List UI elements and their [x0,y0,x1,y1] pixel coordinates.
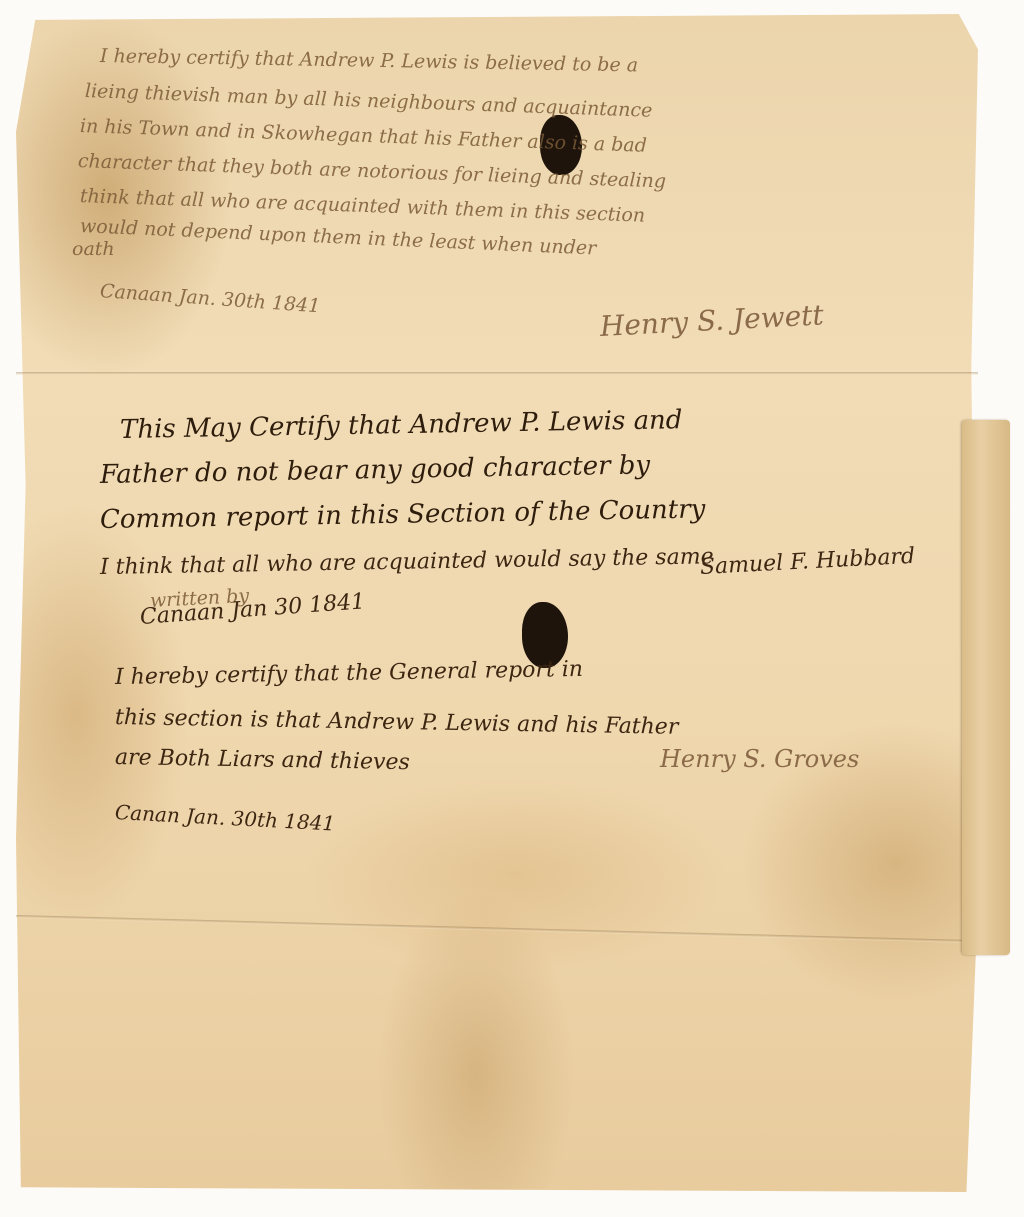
folded-edge-flap [962,420,1010,955]
cert3-line-3: are Both Liars and thieves [115,745,410,775]
fold-crease-upper [16,372,978,375]
cert1-line-7: oath [72,238,115,260]
cert3-signature: Henry S. Groves [660,745,859,773]
